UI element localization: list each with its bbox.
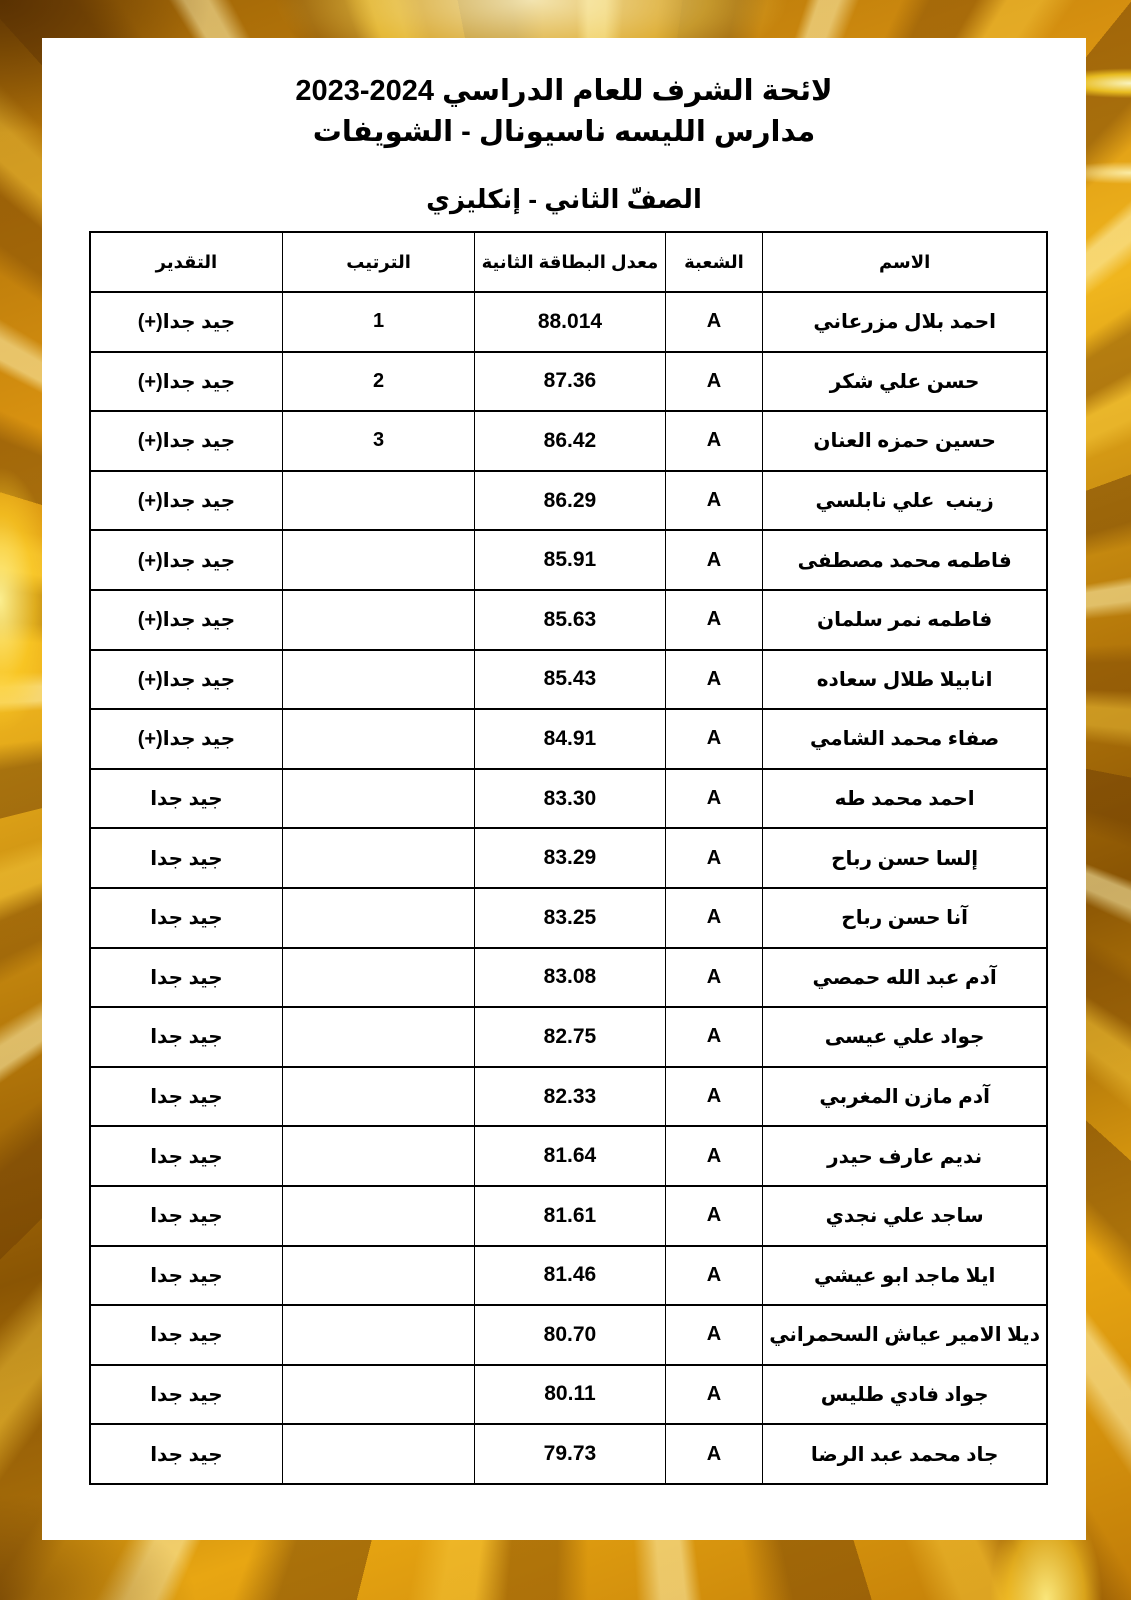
grade-cell: جيد جدا bbox=[90, 828, 282, 888]
document-page: لائحة الشرف للعام الدراسي 2024-2023 مدار… bbox=[42, 38, 1086, 1540]
average-cell: 83.08 bbox=[475, 948, 665, 1008]
table-row: آدم عبد الله حمصي A 83.08 جيد جدا bbox=[90, 948, 1047, 1008]
page-title-line2: مدارس الليسه ناسيونال - الشويفات bbox=[42, 112, 1086, 153]
header-grade: التقدير bbox=[90, 232, 282, 292]
section-cell: A bbox=[665, 292, 763, 352]
grade-cell: جيد جدا bbox=[90, 769, 282, 829]
grade-cell: جيد جدا bbox=[90, 1424, 282, 1484]
student-name-cell: حسين حمزه العنان bbox=[763, 411, 1047, 471]
header-name: الاسم bbox=[763, 232, 1047, 292]
rank-cell bbox=[282, 709, 474, 769]
header-average: معدل البطاقة الثانية bbox=[475, 232, 665, 292]
student-name-cell: احمد محمد طه bbox=[763, 769, 1047, 829]
section-cell: A bbox=[665, 352, 763, 412]
page-title: لائحة الشرف للعام الدراسي 2024-2023 مدار… bbox=[42, 71, 1086, 153]
student-name-cell: زينب علي نابلسي bbox=[763, 471, 1047, 531]
student-name-cell: صفاء محمد الشامي bbox=[763, 709, 1047, 769]
rank-cell bbox=[282, 650, 474, 710]
grade-cell: جيد جدا(+) bbox=[90, 709, 282, 769]
table-row: احمد بلال مزرعاني A 88.014 1 جيد جدا(+) bbox=[90, 292, 1047, 352]
student-name-cell: ديلا الامير عياش السحمراني bbox=[763, 1305, 1047, 1365]
grade-cell: جيد جدا bbox=[90, 1186, 282, 1246]
average-cell: 86.29 bbox=[475, 471, 665, 531]
student-name-cell: جاد محمد عبد الرضا bbox=[763, 1424, 1047, 1484]
average-cell: 87.36 bbox=[475, 352, 665, 412]
grade-cell: جيد جدا bbox=[90, 1246, 282, 1306]
student-name-cell: انابيلا طلال سعاده bbox=[763, 650, 1047, 710]
student-name-cell: احمد بلال مزرعاني bbox=[763, 292, 1047, 352]
average-cell: 80.11 bbox=[475, 1365, 665, 1425]
section-cell: A bbox=[665, 650, 763, 710]
grade-cell: جيد جدا(+) bbox=[90, 292, 282, 352]
rank-cell: 2 bbox=[282, 352, 474, 412]
section-cell: A bbox=[665, 1305, 763, 1365]
average-cell: 82.75 bbox=[475, 1007, 665, 1067]
average-cell: 88.014 bbox=[475, 292, 665, 352]
average-cell: 84.91 bbox=[475, 709, 665, 769]
rank-cell bbox=[282, 888, 474, 948]
student-name-cell: آدم عبد الله حمصي bbox=[763, 948, 1047, 1008]
rank-cell bbox=[282, 1365, 474, 1425]
grade-cell: جيد جدا bbox=[90, 888, 282, 948]
header-rank: الترتيب bbox=[282, 232, 474, 292]
section-cell: A bbox=[665, 828, 763, 888]
student-name-cell: آدم مازن المغربي bbox=[763, 1067, 1047, 1127]
section-cell: A bbox=[665, 1007, 763, 1067]
section-cell: A bbox=[665, 1067, 763, 1127]
grade-cell: جيد جدا(+) bbox=[90, 650, 282, 710]
student-name-cell: فاطمه محمد مصطفى bbox=[763, 530, 1047, 590]
average-cell: 79.73 bbox=[475, 1424, 665, 1484]
table-row: ديلا الامير عياش السحمراني A 80.70 جيد ج… bbox=[90, 1305, 1047, 1365]
rank-cell bbox=[282, 948, 474, 1008]
grade-cell: جيد جدا bbox=[90, 1305, 282, 1365]
page-title-line1: لائحة الشرف للعام الدراسي 2024-2023 bbox=[42, 71, 1086, 112]
table-row: نديم عارف حيدر A 81.64 جيد جدا bbox=[90, 1126, 1047, 1186]
student-name-cell: جواد علي عيسى bbox=[763, 1007, 1047, 1067]
average-cell: 82.33 bbox=[475, 1067, 665, 1127]
section-cell: A bbox=[665, 888, 763, 948]
grade-cell: جيد جدا bbox=[90, 948, 282, 1008]
rank-cell bbox=[282, 1067, 474, 1127]
grade-cell: جيد جدا bbox=[90, 1007, 282, 1067]
rank-cell bbox=[282, 1305, 474, 1365]
section-cell: A bbox=[665, 1186, 763, 1246]
grade-cell: جيد جدا bbox=[90, 1126, 282, 1186]
rank-cell: 1 bbox=[282, 292, 474, 352]
table-row: جواد فادي طليس A 80.11 جيد جدا bbox=[90, 1365, 1047, 1425]
rank-cell: 3 bbox=[282, 411, 474, 471]
section-cell: A bbox=[665, 530, 763, 590]
grade-cell: جيد جدا bbox=[90, 1365, 282, 1425]
honor-roll-table: الاسم الشعبة معدل البطاقة الثانية الترتي… bbox=[89, 231, 1048, 1485]
student-name-cell: ايلا ماجد ابو عيشي bbox=[763, 1246, 1047, 1306]
table-row: آنا حسن رباح A 83.25 جيد جدا bbox=[90, 888, 1047, 948]
section-cell: A bbox=[665, 769, 763, 829]
rank-cell bbox=[282, 530, 474, 590]
section-cell: A bbox=[665, 1126, 763, 1186]
average-cell: 81.64 bbox=[475, 1126, 665, 1186]
section-cell: A bbox=[665, 709, 763, 769]
rank-cell bbox=[282, 590, 474, 650]
table-row: حسين حمزه العنان A 86.42 3 جيد جدا(+) bbox=[90, 411, 1047, 471]
rank-cell bbox=[282, 1126, 474, 1186]
rank-cell bbox=[282, 1007, 474, 1067]
student-name-cell: حسن علي شكر bbox=[763, 352, 1047, 412]
grade-cell: جيد جدا(+) bbox=[90, 471, 282, 531]
grade-cell: جيد جدا(+) bbox=[90, 530, 282, 590]
average-cell: 81.61 bbox=[475, 1186, 665, 1246]
student-name-cell: جواد فادي طليس bbox=[763, 1365, 1047, 1425]
table-row: صفاء محمد الشامي A 84.91 جيد جدا(+) bbox=[90, 709, 1047, 769]
section-cell: A bbox=[665, 471, 763, 531]
rank-cell bbox=[282, 828, 474, 888]
table-row: إلسا حسن رباح A 83.29 جيد جدا bbox=[90, 828, 1047, 888]
average-cell: 83.30 bbox=[475, 769, 665, 829]
average-cell: 85.91 bbox=[475, 530, 665, 590]
average-cell: 86.42 bbox=[475, 411, 665, 471]
table-row: آدم مازن المغربي A 82.33 جيد جدا bbox=[90, 1067, 1047, 1127]
rank-cell bbox=[282, 769, 474, 829]
table-row: ايلا ماجد ابو عيشي A 81.46 جيد جدا bbox=[90, 1246, 1047, 1306]
average-cell: 81.46 bbox=[475, 1246, 665, 1306]
section-cell: A bbox=[665, 590, 763, 650]
class-subtitle: الصفّ الثاني - إنكليزي bbox=[42, 184, 1086, 215]
table-body: احمد بلال مزرعاني A 88.014 1 جيد جدا(+) … bbox=[90, 292, 1047, 1484]
grade-cell: جيد جدا bbox=[90, 1067, 282, 1127]
grade-cell: جيد جدا(+) bbox=[90, 590, 282, 650]
student-name-cell: آنا حسن رباح bbox=[763, 888, 1047, 948]
table-row: جاد محمد عبد الرضا A 79.73 جيد جدا bbox=[90, 1424, 1047, 1484]
rank-cell bbox=[282, 1424, 474, 1484]
student-name-cell: فاطمه نمر سلمان bbox=[763, 590, 1047, 650]
table-row: جواد علي عيسى A 82.75 جيد جدا bbox=[90, 1007, 1047, 1067]
table-row: فاطمه نمر سلمان A 85.63 جيد جدا(+) bbox=[90, 590, 1047, 650]
rank-cell bbox=[282, 1246, 474, 1306]
student-name-cell: نديم عارف حيدر bbox=[763, 1126, 1047, 1186]
section-cell: A bbox=[665, 1424, 763, 1484]
rank-cell bbox=[282, 1186, 474, 1246]
average-cell: 83.29 bbox=[475, 828, 665, 888]
table-row: احمد محمد طه A 83.30 جيد جدا bbox=[90, 769, 1047, 829]
table-row: فاطمه محمد مصطفى A 85.91 جيد جدا(+) bbox=[90, 530, 1047, 590]
table-header: الاسم الشعبة معدل البطاقة الثانية الترتي… bbox=[90, 232, 1047, 292]
table-row: انابيلا طلال سعاده A 85.43 جيد جدا(+) bbox=[90, 650, 1047, 710]
table-row: ساجد علي نجدي A 81.61 جيد جدا bbox=[90, 1186, 1047, 1246]
table-row: زينب علي نابلسي A 86.29 جيد جدا(+) bbox=[90, 471, 1047, 531]
average-cell: 85.43 bbox=[475, 650, 665, 710]
student-name-cell: إلسا حسن رباح bbox=[763, 828, 1047, 888]
section-cell: A bbox=[665, 1365, 763, 1425]
section-cell: A bbox=[665, 948, 763, 1008]
average-cell: 83.25 bbox=[475, 888, 665, 948]
section-cell: A bbox=[665, 411, 763, 471]
grade-cell: جيد جدا(+) bbox=[90, 352, 282, 412]
table-header-row: الاسم الشعبة معدل البطاقة الثانية الترتي… bbox=[90, 232, 1047, 292]
section-cell: A bbox=[665, 1246, 763, 1306]
average-cell: 85.63 bbox=[475, 590, 665, 650]
table-row: حسن علي شكر A 87.36 2 جيد جدا(+) bbox=[90, 352, 1047, 412]
rank-cell bbox=[282, 471, 474, 531]
grade-cell: جيد جدا(+) bbox=[90, 411, 282, 471]
average-cell: 80.70 bbox=[475, 1305, 665, 1365]
student-name-cell: ساجد علي نجدي bbox=[763, 1186, 1047, 1246]
header-section: الشعبة bbox=[665, 232, 763, 292]
